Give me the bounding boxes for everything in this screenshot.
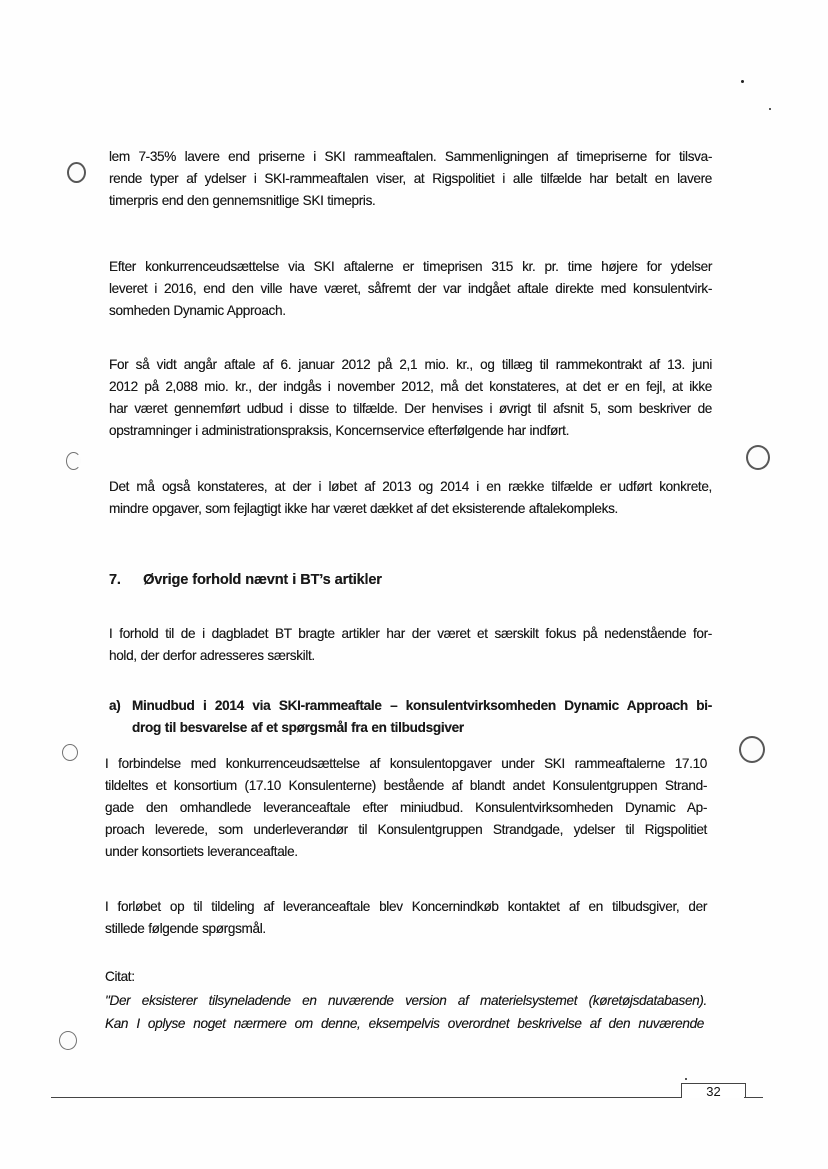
scan-speck (741, 80, 744, 83)
subsection-marker: a) (109, 698, 121, 713)
text-line: opstramninger i administrationspraksis, … (109, 423, 569, 438)
punch-hole-icon (62, 744, 78, 761)
text-line: rende typer af ydelser i SKI-rammeaftale… (109, 171, 712, 186)
punch-hole-icon (59, 1031, 77, 1050)
scan-speck (685, 1078, 687, 1080)
text-line: somheden Dynamic Approach. (109, 303, 286, 318)
section-title: Øvrige forhold nævnt i BT’s artikler (143, 572, 382, 588)
quote-line: "Der eksisterer tilsyneladende en nuvære… (105, 993, 707, 1008)
text-line: proach leverede, som underleverandør til… (105, 822, 707, 837)
quote-label: Citat: (105, 969, 135, 984)
text-line: Efter konkurrenceudsættelse via SKI afta… (109, 259, 712, 274)
text-line: tildeltes et konsortium (17.10 Konsulent… (105, 778, 707, 793)
text-line: stillede følgende spørgsmål. (105, 921, 266, 936)
section-number: 7. (109, 572, 121, 588)
text-line: I forløbet op til tildeling af leverance… (105, 899, 707, 914)
punch-hole-icon (739, 736, 765, 763)
text-line: hold, der derfor adresseres særskilt. (109, 648, 315, 663)
punch-hole-icon (746, 445, 770, 470)
punch-hole-icon (67, 162, 86, 183)
text-line: 2012 på 2,088 mio. kr., der indgås i nov… (109, 379, 712, 394)
text-line: lem 7-35% lavere end priserne i SKI ramm… (109, 149, 712, 164)
text-line: har været gennemført udbud i disse to ti… (109, 401, 712, 416)
text-line: under konsortiets leveranceaftale. (105, 844, 298, 859)
text-line: For så vidt angår aftale af 6. januar 20… (109, 357, 712, 372)
page-number: 32 (681, 1083, 746, 1098)
punch-hole-icon (66, 452, 81, 470)
subsection-heading: a) Minudbud i 2014 via SKI-rammeaftale –… (109, 698, 712, 742)
section-heading: 7. Øvrige forhold nævnt i BT’s artikler (109, 572, 382, 588)
text-line: gade den omhandlede leveranceaftale efte… (105, 800, 707, 815)
text-line: Det må også konstateres, at der i løbet … (109, 479, 712, 494)
subsection-title-line: drog til besvarelse af et spørgsmål fra … (132, 720, 464, 735)
quote-line: Kan I oplyse noget nærmere om denne, eks… (105, 1016, 704, 1031)
text-line: mindre opgaver, som fejlagtigt ikke har … (109, 501, 618, 516)
scan-speck (769, 108, 771, 110)
document-page: lem 7-35% lavere end priserne i SKI ramm… (0, 0, 828, 1169)
text-line: timerpris end den gennemsnitlige SKI tim… (109, 193, 375, 208)
subsection-title-line: Minudbud i 2014 via SKI-rammeaftale – ko… (132, 698, 712, 713)
text-line: I forbindelse med konkurrenceudsættelse … (105, 756, 707, 771)
text-line: leveret i 2016, end den ville have været… (109, 281, 712, 296)
footer-rule (744, 1097, 763, 1098)
text-line: I forhold til de i dagbladet BT bragte a… (109, 626, 712, 641)
footer-rule (51, 1097, 682, 1098)
